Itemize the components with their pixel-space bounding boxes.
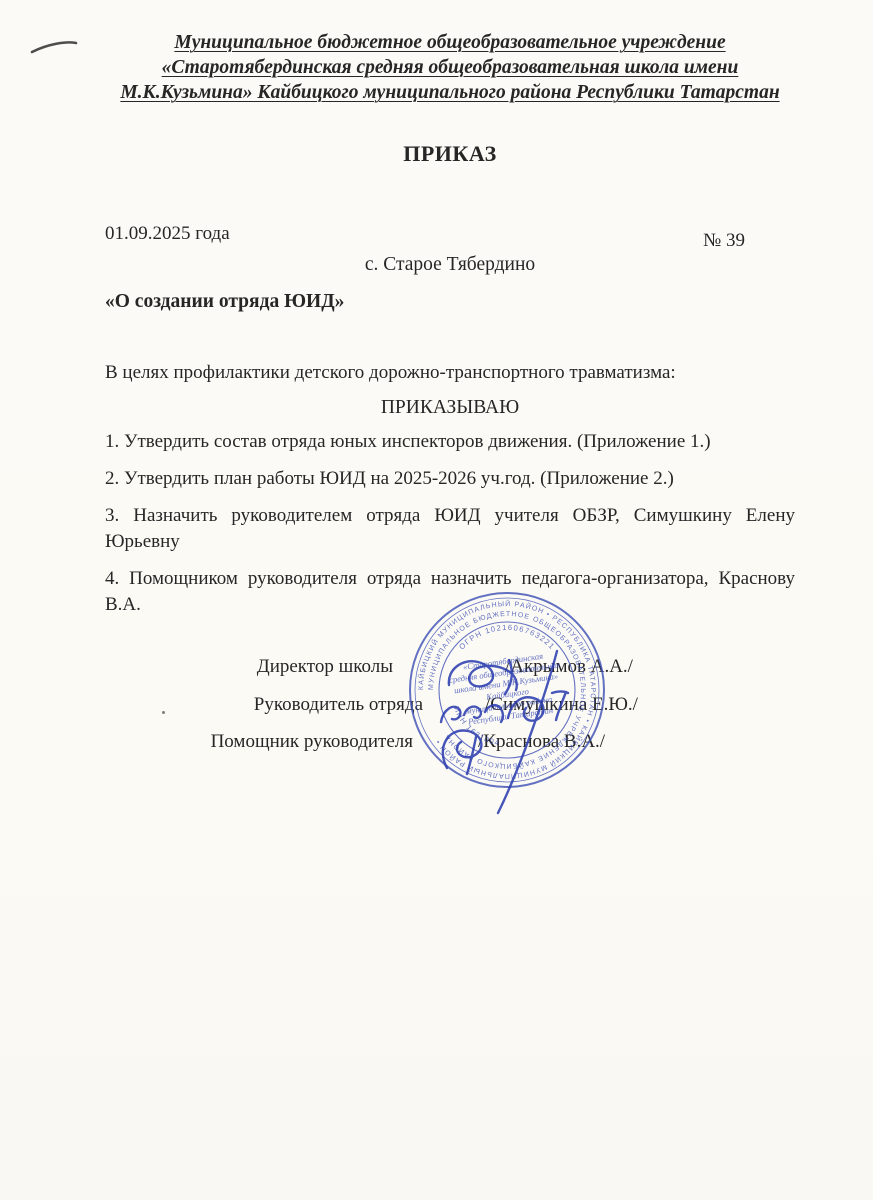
signature-role: Помощник руководителя xyxy=(211,731,413,753)
document-number: № 39 xyxy=(703,230,745,252)
signature-role: Директор школы xyxy=(257,656,393,678)
pen-mark-artifact xyxy=(20,33,120,73)
meta-row: 01.09.2025 года № 39 xyxy=(105,223,795,245)
purpose-line: В целях профилактики детского дорожно-тр… xyxy=(105,362,795,384)
document-page: Муниципальное бюджетное общеобразователь… xyxy=(0,0,873,1200)
org-header-line-1: Муниципальное бюджетное общеобразователь… xyxy=(105,30,795,55)
org-header-line-2: «Старотябердинская средняя общеобразоват… xyxy=(105,55,795,80)
official-round-stamp: КАЙБИЦКИЙ МУНИЦИПАЛЬНЫЙ РАЙОН • РЕСПУБЛИ… xyxy=(402,585,612,795)
organization-header: Муниципальное бюджетное общеобразователь… xyxy=(105,30,795,105)
order-item-2: 2. Утвердить план работы ЮИД на 2025-202… xyxy=(105,466,795,492)
org-header-line-3: М.К.Кузьмина» Кайбицкого муниципального … xyxy=(105,80,795,105)
place-line: с. Старое Тябердино xyxy=(105,254,795,276)
document-date: 01.09.2025 года xyxy=(105,223,230,245)
resolve-word: ПРИКАЗЫВАЮ xyxy=(105,397,795,419)
stamp-ogrn-text: ОГРН 1021606763221 xyxy=(457,623,557,652)
subject-line: «О создании отряда ЮИД» xyxy=(105,291,795,313)
order-item-3: 3. Назначить руководителем отряда ЮИД уч… xyxy=(105,503,795,555)
document-title: ПРИКАЗ xyxy=(105,141,795,167)
signature-role: Руководитель отряда xyxy=(254,694,423,716)
order-item-1: 1. Утвердить состав отряда юных инспекто… xyxy=(105,429,795,455)
